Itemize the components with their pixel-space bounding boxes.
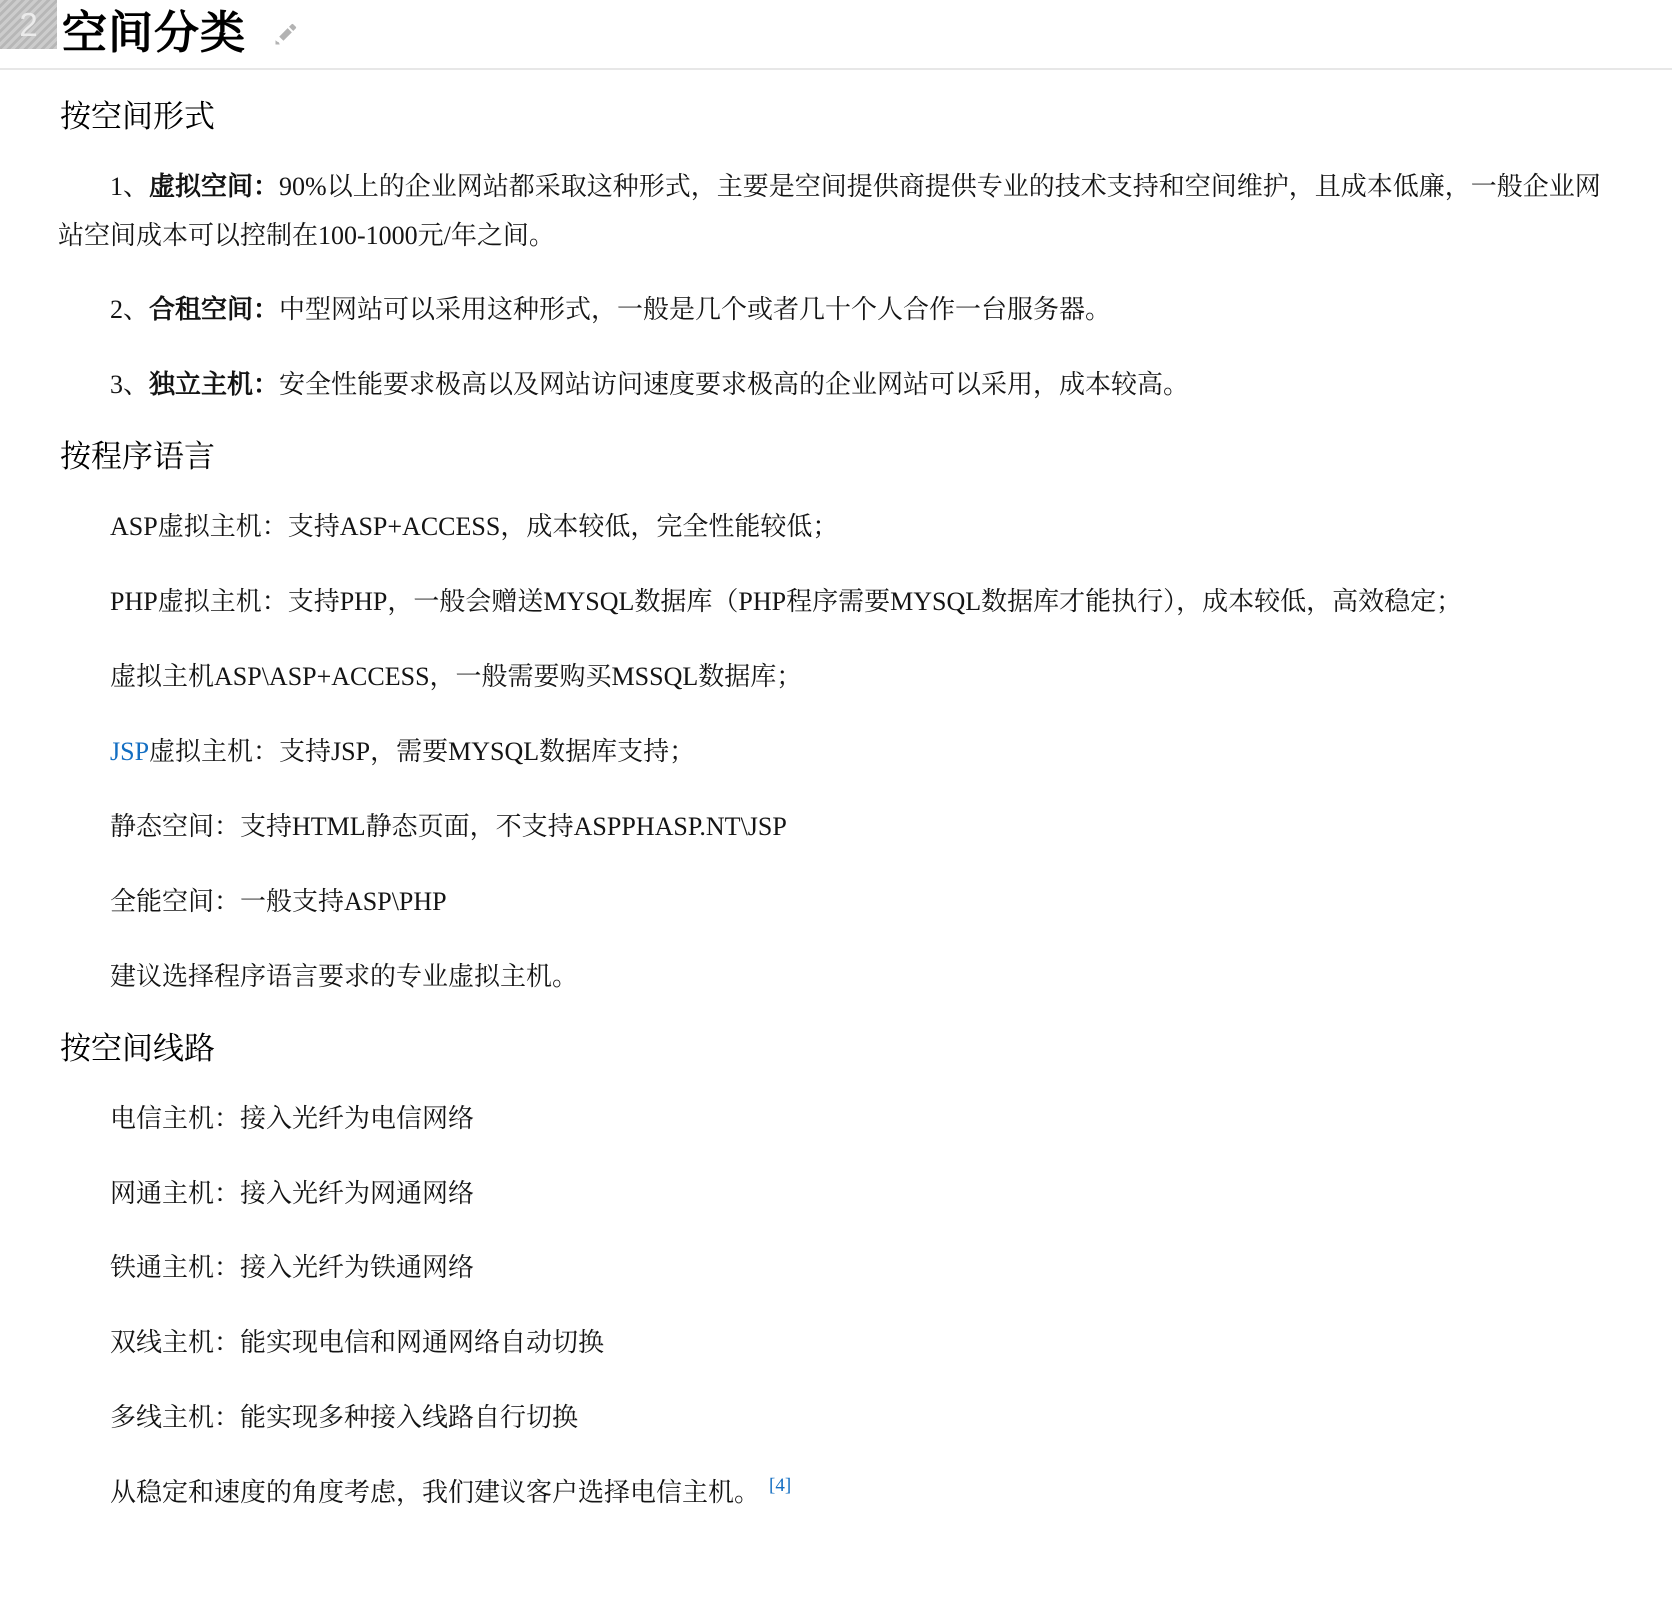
paragraph-text: 网通主机：接入光纤为网通网络 [110,1179,474,1208]
section-heading-space-form: 按空间形式 [60,98,1614,135]
article-page: 2 空间分类 按空间形式 1、虚拟空间：90%以上的企业网站都采取这种形式，主要… [0,0,1672,1604]
paragraph-text: 90%以上的企业网站都采取这种形式，主要是空间提供商提供专业的技术支持和空间维护… [58,172,1601,250]
page-title: 空间分类 [62,8,246,58]
paragraph-text: 铁通主机：接入光纤为铁通网络 [110,1253,474,1282]
annotation-number-badge: 2 [0,0,57,49]
paragraph-text: 双线主机：能实现电信和网通网络自动切换 [110,1328,604,1357]
paragraph-text: 从稳定和速度的角度考虑，我们建议客户选择电信主机。 [110,1478,760,1507]
paragraph-number: 2、 [110,295,149,324]
paragraph-jsp-host: JSP虚拟主机：支持JSP，需要MYSQL数据库支持； [58,728,1614,777]
paragraph-text: 虚拟主机ASP\ASP+ACCESS，一般需要购买MSSQL数据库； [110,662,802,691]
paragraph-telecom-host: 电信主机：接入光纤为电信网络 [58,1095,1614,1144]
paragraph-line-advice: 从稳定和速度的角度考虑，我们建议客户选择电信主机。[4] [58,1469,1614,1518]
paragraph-static-space: 静态空间：支持HTML静态页面，不支持ASPPHASP.NT\JSP [58,803,1614,852]
jsp-link[interactable]: JSP [110,737,149,766]
paragraph-term: 虚拟空间： [149,172,279,201]
paragraph-term: 独立主机： [149,370,279,399]
paragraph-multiline-host: 多线主机：能实现多种接入线路自行切换 [58,1394,1614,1443]
paragraph-tietong-host: 铁通主机：接入光纤为铁通网络 [58,1244,1614,1293]
paragraph-text: 电信主机：接入光纤为电信网络 [110,1104,474,1133]
paragraph-language-advice: 建议选择程序语言要求的专业虚拟主机。 [58,953,1614,1002]
paragraph-text: ASP虚拟主机：支持ASP+ACCESS，成本较低，完全性能较低； [110,512,838,541]
paragraph-text: 全能空间：一般支持ASP\PHP [110,887,447,916]
paragraph-text: 虚拟主机：支持JSP，需要MYSQL数据库支持； [149,737,695,766]
edit-pencil-icon[interactable] [272,20,300,48]
paragraph-text: 中型网站可以采用这种形式，一般是几个或者几十个人合作一台服务器。 [279,295,1111,324]
paragraph-term: 合租空间： [149,295,279,324]
paragraph-asp-access-host: 虚拟主机ASP\ASP+ACCESS，一般需要购买MSSQL数据库； [58,653,1614,702]
paragraph-text: PHP虚拟主机：支持PHP，一般会赠送MYSQL数据库（PHP程序需要MYSQL… [110,587,1462,616]
paragraph-dualline-host: 双线主机：能实现电信和网通网络自动切换 [58,1319,1614,1368]
paragraph-dedicated-host: 3、独立主机：安全性能要求极高以及网站访问速度要求极高的企业网站可以采用，成本较… [58,361,1614,410]
section-heading-program-language: 按程序语言 [60,438,1614,475]
paragraph-netcom-host: 网通主机：接入光纤为网通网络 [58,1170,1614,1219]
paragraph-text: 多线主机：能实现多种接入线路自行切换 [110,1403,578,1432]
paragraph-virtual-space: 1、虚拟空间：90%以上的企业网站都采取这种形式，主要是空间提供商提供专业的技术… [58,163,1614,261]
paragraph-text: 静态空间：支持HTML静态页面，不支持ASPPHASP.NT\JSP [110,812,787,841]
paragraph-asp-host: ASP虚拟主机：支持ASP+ACCESS，成本较低，完全性能较低； [58,503,1614,552]
paragraph-number: 1、 [110,172,149,201]
section-title-bar: 空间分类 [0,6,1672,70]
paragraph-php-host: PHP虚拟主机：支持PHP，一般会赠送MYSQL数据库（PHP程序需要MYSQL… [58,578,1614,627]
paragraph-shared-space: 2、合租空间：中型网站可以采用这种形式，一般是几个或者几十个人合作一台服务器。 [58,286,1614,335]
paragraph-number: 3、 [110,370,149,399]
paragraph-allround-space: 全能空间：一般支持ASP\PHP [58,878,1614,927]
reference-4-link[interactable]: [4] [769,1475,791,1496]
paragraph-text: 建议选择程序语言要求的专业虚拟主机。 [110,962,578,991]
section-heading-space-line: 按空间线路 [60,1030,1614,1067]
paragraph-text: 安全性能要求极高以及网站访问速度要求极高的企业网站可以采用，成本较高。 [279,370,1189,399]
